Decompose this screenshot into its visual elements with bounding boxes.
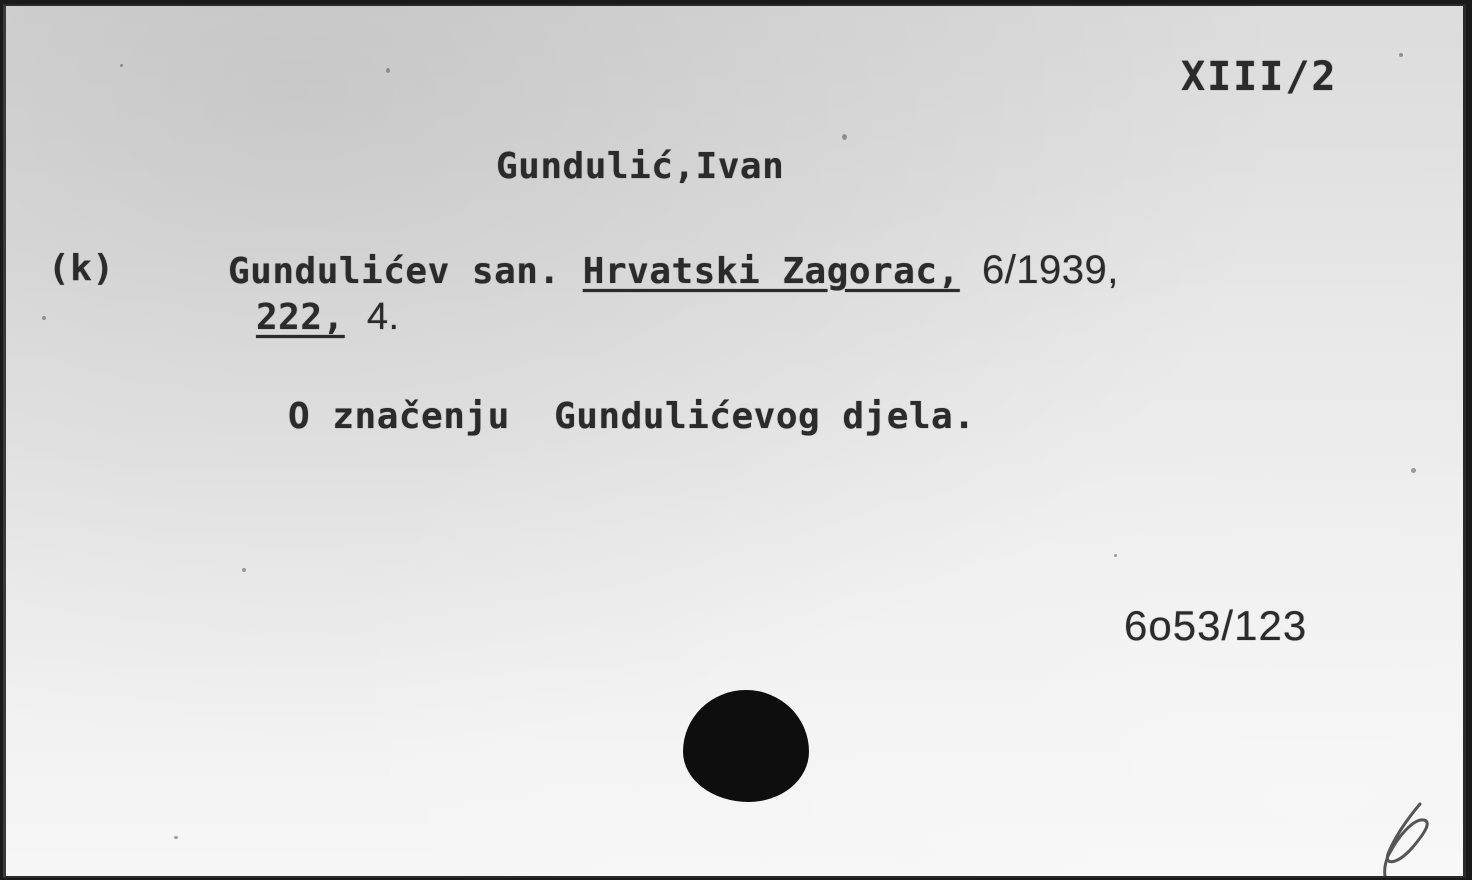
accession-number: 6o53/123 [1124,602,1307,650]
paper-speck [1399,53,1403,57]
punch-hole [683,690,809,802]
author-heading: Gundulić,Ivan [496,146,784,187]
call-number: XIII/2 [1181,54,1338,100]
journal-title: Hrvatski Zagorac, [583,251,960,292]
paper-speck [242,568,246,572]
entry-marker: (k) [48,248,115,289]
issue-number: 4. [367,296,400,338]
citation-line-2: 222, 4. [256,296,400,339]
paper-speck [1114,554,1117,557]
paper-speck [842,134,847,140]
article-title: Gundulićev san. [228,251,561,292]
handwritten-mark-icon [1378,786,1458,878]
catalog-card: XIII/2 Gundulić,Ivan (k) Gundulićev san.… [3,4,1466,878]
volume-number: 222, [256,297,345,338]
paper-speck [120,64,123,67]
paper-speck [174,836,178,839]
citation-line-1: Gundulićev san. Hrvatski Zagorac, 6/1939… [228,248,1119,293]
subject-note: O značenju Gundulićevog djela. [288,396,975,437]
paper-speck [1411,468,1416,473]
paper-speck [42,316,46,320]
paper-speck [386,68,390,73]
publication-date: 6/1939, [982,248,1119,292]
